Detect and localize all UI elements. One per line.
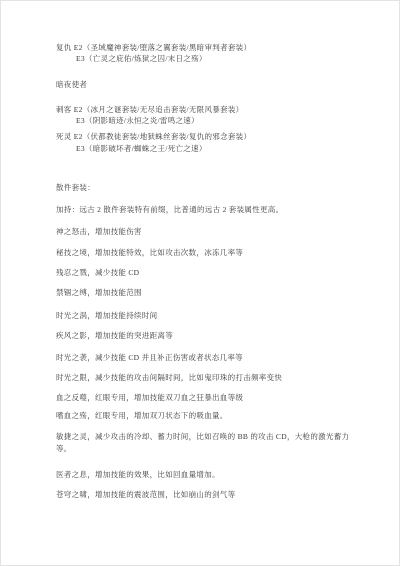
prefix-line: 苍穹之啸，增加技能的震波范围，比如崩山的剑气等 <box>56 490 235 500</box>
set-line-assassin-e3: E3（阴影暗迹/永恒之炎/雷鸣之速） <box>76 116 199 126</box>
set-line-avenger-e2: 复仇 E2（圣域魔神套装/堕落之翼套装/黑暗审判者套装） <box>56 43 251 53</box>
prefix-line: 医者之息，增加技能的效果，比如回血量增加。 <box>56 470 220 480</box>
document-page: 复仇 E2（圣域魔神套装/堕落之翼套装/黑暗审判者套装） E3（亡灵之庇佑/炼狱… <box>0 0 400 566</box>
prefix-line: 秘技之境，增加技能特效，比如攻击次数，冰冻几率等 <box>56 248 243 258</box>
prefix-line: 时光之涡，增加技能持续时间 <box>56 311 157 321</box>
set-line-avenger-e3: E3（亡灵之庇佑/炼狱之囚/末日之殇） <box>76 54 207 64</box>
class-header-thief: 暗夜使者 <box>56 80 87 90</box>
prefix-line: 敏捷之灵，减少攻击的冷却、蓄力时间，比如召唤的 BB 的攻击 CD，大枪的激光蓄… <box>56 431 364 455</box>
loose-sets-title: 散件套装： <box>56 183 95 193</box>
set-line-necromancer-e3: E3（暗影破坏者/蜘蛛之王/死亡之速） <box>76 144 207 154</box>
prefix-line: 时光之限，减少技能的攻击间隔时间，比如鬼印珠的打击频率变快 <box>56 373 282 383</box>
prefix-line: 嗜血之殇，红眼专用，增加双刀状态下的吸血量。 <box>56 411 228 421</box>
prefix-line: 禁锢之缚，增加技能范围 <box>56 288 142 298</box>
set-line-necromancer-e2: 死灵 E2（伏都教徒套装/地狱蛛丝套装/复仇的邪念套装） <box>56 132 251 142</box>
prefix-line: 残忍之戮，减少技能 CD <box>56 268 139 278</box>
prefix-line: 疾风之影，增加技能的突进距离等 <box>56 331 173 341</box>
prefix-line: 时光之袭，减少技能 CD 并且补正伤害或者状态几率等 <box>56 353 243 363</box>
prefix-line: 神之怒击，增加技能伤害 <box>56 227 142 237</box>
set-line-assassin-e2: 刺客 E2（冰月之谜套装/无尽追击套装/无限风暴套装） <box>56 105 243 115</box>
loose-sets-intro: 加持：远古 2 散件套装特有前缀，比普通的远古 2 套装属性更高。 <box>56 205 283 215</box>
prefix-line: 血之反噬，红眼专用，增加技能双刀血之狂暴出血等级 <box>56 393 243 403</box>
